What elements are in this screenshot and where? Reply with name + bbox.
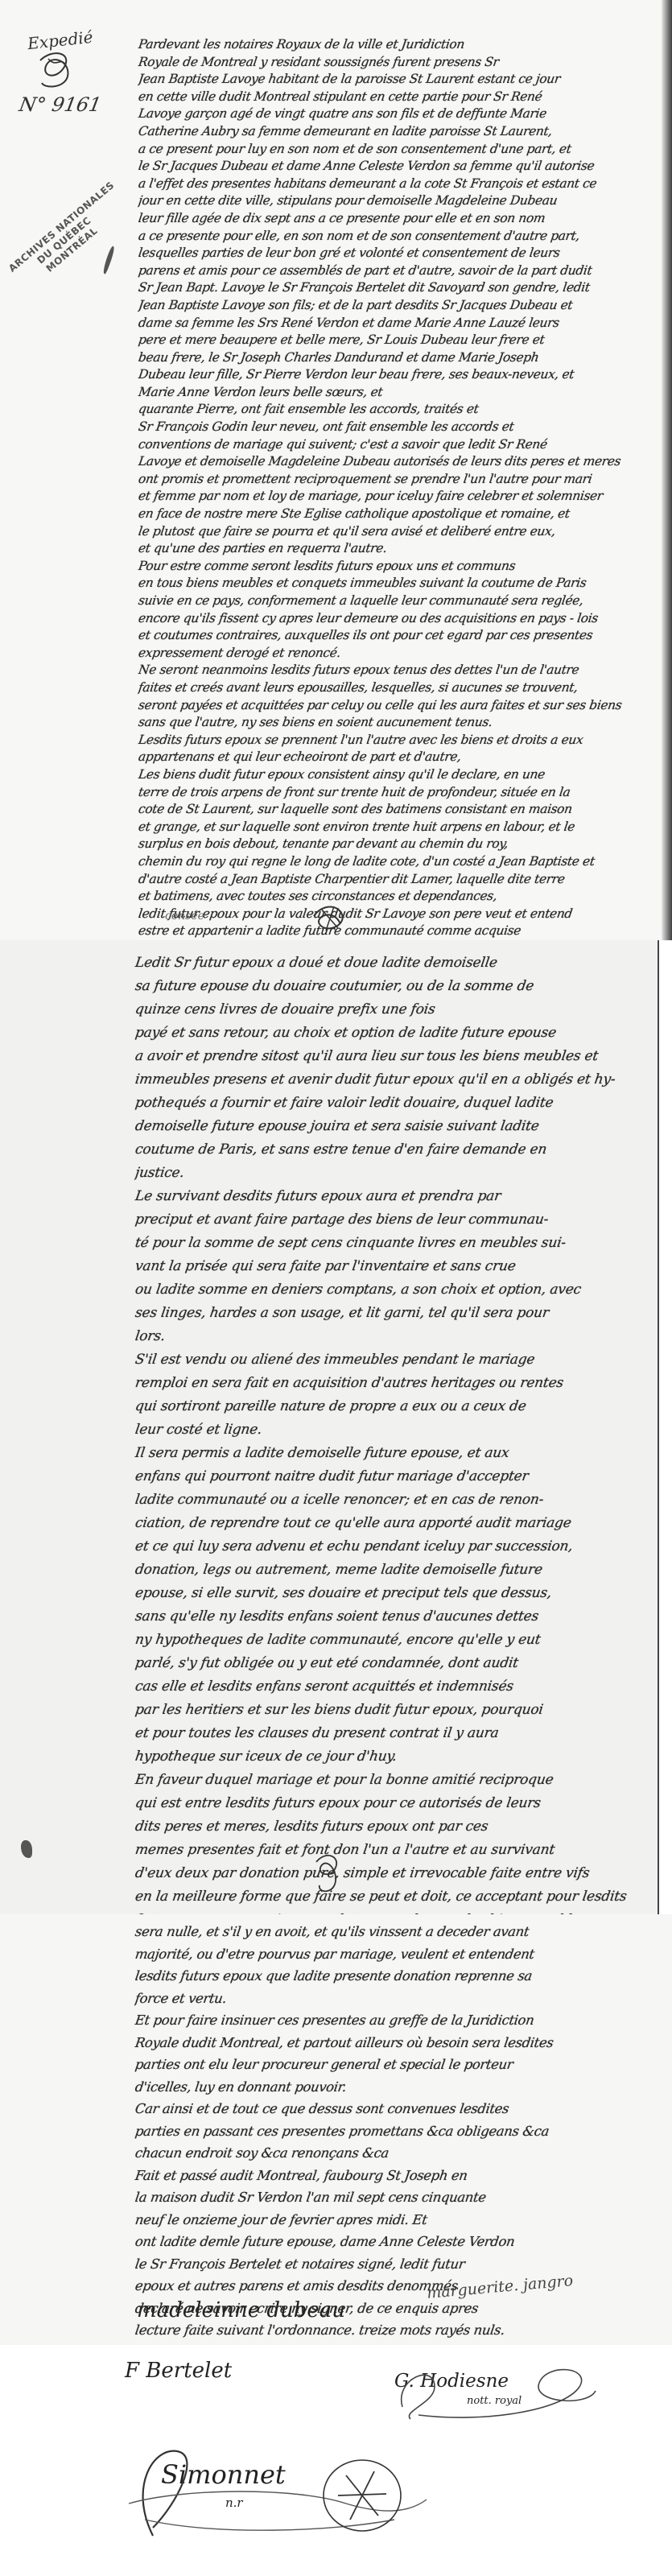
handwritten-line: ny hypotheques de ladite communauté, enc… [134, 1629, 641, 1652]
handwritten-line: pothequés a fournir et faire valoir ledi… [134, 1092, 641, 1115]
handwritten-line: encore qu'ils fissent cy apres leur deme… [137, 610, 657, 628]
handwritten-line: Jean Baptiste Lavoye son fils; et de la … [137, 297, 657, 315]
handwritten-line: enfans qui pourront naitre dudit futur m… [134, 1465, 641, 1488]
ink-blot-icon [101, 246, 116, 275]
handwritten-line: d'autre costé a Jean Baptiste Charpentie… [137, 871, 657, 889]
handwritten-line: chacun endroit soy &ca renonçans &ca [134, 2142, 641, 2165]
handwritten-line: la maison dudit Sr Verdon l'an mil sept … [134, 2186, 641, 2209]
page-edge [659, 940, 672, 1914]
handwritten-line: sa future epouse du douaire coutumier, o… [134, 975, 641, 998]
handwritten-line: parlé, s'y fut obligée ou y eut eté cond… [134, 1652, 641, 1675]
handwritten-line: majorité, ou d'etre pourvus par mariage,… [134, 1943, 641, 1966]
handwritten-line: a avoir et prendre sitost qu'il aura lie… [134, 1045, 641, 1068]
handwritten-line: Le survivant desdits futurs epoux aura e… [134, 1185, 641, 1208]
handwritten-line: Royale dudit Montreal, et partout ailleu… [134, 2032, 641, 2054]
handwritten-line: parties ont elu leur procureur general e… [134, 2054, 641, 2076]
scan-page-2: Ledit Sr futur epoux a doué et doue ladi… [0, 940, 672, 1914]
handwritten-line: Sr Jean Bapt. Lavoye le Sr François Bert… [137, 279, 657, 297]
handwritten-line: Sr François Godin leur neveu, ont fait e… [137, 419, 657, 436]
handwritten-line: a l'effet des presentes habitans demeura… [137, 175, 657, 193]
margin-note-censee: censée [165, 910, 204, 923]
handwritten-line: jour en cette dite ville, stipulans pour… [137, 192, 657, 210]
handwritten-line: payé et sans retour, au choix et option … [134, 1022, 641, 1045]
handwritten-line: en face de nostre mere Ste Eglise cathol… [137, 506, 657, 523]
handwritten-line: memes presentes fait et font don l'un a … [134, 1839, 641, 1862]
handwritten-line: qui est entre lesdits futurs epoux pour … [134, 1792, 641, 1815]
handwritten-line: cas elle et lesdits enfans seront acquit… [134, 1675, 641, 1699]
handwritten-line: cote de St Laurent, sur laquelle sont de… [137, 801, 657, 819]
signature-bride: madeleinne dubeau [137, 2298, 345, 2322]
handwritten-line: et grange, et sur laquelle sont environ … [137, 819, 657, 836]
handwritten-line: et femme par nom et loy de mariage, pour… [137, 488, 657, 506]
handwritten-line: sans qu'elle ny lesdits enfans soient te… [134, 1605, 641, 1629]
handwritten-line: leur costé et ligne. [134, 1418, 641, 1442]
archive-stamp: ARCHIVES NATIONALES DU QUÉBEC MONTRÉAL [6, 188, 122, 294]
handwritten-line: té pour la somme de sept cens cinquante … [134, 1232, 641, 1255]
handwritten-line: Jean Baptiste Lavoye habitant de la paro… [137, 71, 657, 89]
page-3-text: sera nulle, et s'il y en avoit, et qu'il… [135, 1921, 640, 2363]
handwritten-line: Ledit Sr futur epoux a doué et doue ladi… [134, 952, 641, 975]
handwritten-line: terre de trois arpens de front sur trent… [137, 784, 657, 802]
notary-flourish-icon [32, 44, 80, 93]
handwritten-line: force et vertu. [134, 1988, 641, 2010]
handwritten-line: quarante Pierre, ont fait ensemble les a… [137, 401, 657, 419]
scan-page-1: Expedié N° 9161 ARCHIVES NATIONALES DU Q… [0, 0, 672, 940]
handwritten-line: pere et mere beaupere et belle mere, Sr … [137, 332, 657, 349]
handwritten-line: faites et creés avant leurs epousailles,… [137, 679, 657, 697]
handwritten-line: a ce present pour luy en son nom et de s… [137, 141, 657, 159]
handwritten-line: qui sortiront pareille nature de propre … [134, 1395, 641, 1418]
handwritten-line: Lavoye garçon agé de vingt quatre ans so… [137, 105, 657, 123]
handwritten-line: Ne seront neanmoins lesdits futurs epoux… [137, 662, 657, 679]
handwritten-line: neuf le onzieme jour de fevrier apres mi… [134, 2209, 641, 2231]
handwritten-line: demoiselle future epouse jouira et sera … [134, 1115, 641, 1138]
handwritten-line: leur fille agée de dix sept ans a ce pre… [137, 210, 657, 228]
page-1-text: Pardevant les notaires Royaux de la vill… [138, 36, 656, 940]
handwritten-line: lecture faite suivant l'ordonnance. trei… [134, 2319, 641, 2342]
handwritten-line: parties en passant ces presentes promett… [134, 2120, 641, 2143]
handwritten-line: beau frere, le Sr Joseph Charles Dandura… [137, 349, 657, 367]
handwritten-line: preciput et avant faire partage des bien… [134, 1208, 641, 1232]
handwritten-line: Pardevant les notaires Royaux de la vill… [137, 36, 657, 54]
handwritten-line: en cette ville dudit Montreal stipulant … [137, 89, 657, 106]
handwritten-line: Les biens dudit futur epoux consistent a… [137, 766, 657, 784]
handwritten-line: expressement derogé et renoncé. [137, 645, 657, 663]
handwritten-line: et batimens, avec toutes ses circonstanc… [137, 888, 657, 906]
handwritten-line: par les heritiers et sur les biens dudit… [134, 1699, 641, 1722]
document-number: N° 9161 [18, 93, 104, 116]
handwritten-line: remploi en sera fait en acquisition d'au… [134, 1372, 641, 1395]
notary-flourish-icon [386, 2363, 612, 2427]
handwritten-line: ou ladite somme en deniers comptans, a s… [134, 1278, 641, 1302]
handwritten-line: Et pour faire insinuer ces presentes au … [134, 2009, 641, 2032]
handwritten-line: le Sr Jacques Dubeau et dame Anne Celest… [137, 158, 657, 175]
handwritten-line: chemin du roy qui regne le long de ladit… [137, 853, 657, 871]
paraph-icon [310, 1850, 346, 1898]
handwritten-line: a ce presente pour elle, en son nom et d… [137, 228, 657, 246]
notary-flourish-icon [121, 2439, 459, 2544]
handwritten-line: en tous biens meubles et conquets immeub… [137, 575, 657, 592]
handwritten-line: sans que l'autre, ny ses biens en soient… [137, 714, 657, 732]
handwritten-line: coutume de Paris, et sans estre tenue d'… [134, 1138, 641, 1162]
handwritten-line: ses linges, hardes a son usage, et lit g… [134, 1302, 641, 1325]
handwritten-line: conventions de mariage qui suivent; c'es… [137, 436, 657, 454]
handwritten-line: Pour estre comme seront lesdits futurs e… [137, 558, 657, 576]
signature-bertelet: F Bertelet [125, 2359, 232, 2383]
handwritten-line: En faveur duquel mariage et pour la bonn… [134, 1769, 641, 1792]
handwritten-line: S'il est vendu ou aliené des immeubles p… [134, 1348, 641, 1372]
page-2-text: Ledit Sr futur epoux a doué et doue ladi… [135, 952, 640, 1914]
handwritten-line: lesdits futurs epoux que ladite presente… [134, 1965, 641, 1988]
handwritten-line: Royale de Montreal y residant soussignés… [137, 54, 657, 72]
handwritten-line: Lavoye et demoiselle Magdeleine Dubeau a… [137, 453, 657, 471]
stamp-line: DU QUÉBEC [14, 197, 115, 284]
handwritten-line: et pour toutes les clauses du present co… [134, 1722, 641, 1745]
handwritten-line: Marie Anne Verdon leurs belle sœurs, et [137, 384, 657, 402]
handwritten-line: appartenans et qui leur echeoiront de pa… [137, 749, 657, 766]
handwritten-line: Fait et passé audit Montreal, faubourg S… [134, 2165, 641, 2187]
handwritten-line: futurs epoux respectivement de tous et c… [134, 1909, 641, 1914]
handwritten-line: Dubeau leur fille, Sr Pierre Verdon leur… [137, 366, 657, 384]
handwritten-line: en la meilleure forme que faire se peut … [134, 1885, 641, 1909]
handwritten-line: ledit futur epoux pour la valeur dudit S… [137, 906, 657, 923]
handwritten-line: quinze cens livres de douaire prefix une… [134, 998, 641, 1022]
handwritten-line: Catherine Aubry sa femme demeurant en la… [137, 123, 657, 141]
paraph-icon [310, 900, 350, 936]
ink-blot-icon [21, 1840, 32, 1858]
handwritten-line: justice. [134, 1162, 641, 1185]
handwritten-line: et coutumes contraires, auxquelles ils o… [137, 627, 657, 645]
handwritten-line: hypotheque sur iceux de ce jour d'huy. [134, 1745, 641, 1769]
handwritten-line: et ce qui luy sera advenu et echu pendan… [134, 1535, 641, 1558]
handwritten-line: donation, legs ou autrement, meme ladite… [134, 1558, 641, 1582]
handwritten-line: ladite communauté ou a icelle renoncer; … [134, 1488, 641, 1512]
handwritten-line: estre et appartenir a ladite future comm… [137, 923, 657, 940]
handwritten-line: Car ainsi et de tout ce que dessus sont … [134, 2098, 641, 2120]
handwritten-line: le plutost que faire se pourra et qu'il … [137, 523, 657, 541]
handwritten-line: ont promis et promettent reciproquement … [137, 471, 657, 489]
handwritten-line: suivie en ce pays, conformement a laquel… [137, 592, 657, 610]
handwritten-line: lors. [134, 1325, 641, 1348]
handwritten-line: d'icelles, luy en donnant pouvoir. [134, 2076, 641, 2099]
handwritten-line: ont ladite demle future epouse, dame Ann… [134, 2231, 641, 2253]
handwritten-line: seront payées et acquittées par celuy ou… [137, 697, 657, 715]
handwritten-line: d'eux deux par donation pure, simple et … [134, 1862, 641, 1885]
handwritten-line: vant la prisée qui sera faite par l'inve… [134, 1255, 641, 1278]
handwritten-line: Lesdits futurs epoux se prennent l'un l'… [137, 732, 657, 749]
handwritten-line: dits peres et meres, lesdits futurs epou… [134, 1815, 641, 1839]
handwritten-line: lesquelles parties de leur bon gré et vo… [137, 245, 657, 262]
handwritten-line: dame sa femme les Srs René Verdon et dam… [137, 315, 657, 332]
handwritten-line: et qu'une des parties en requerra l'autr… [137, 540, 657, 558]
handwritten-line: immeubles presens et avenir dudit futur … [134, 1068, 641, 1092]
handwritten-line: Il sera permis a ladite demoiselle futur… [134, 1442, 641, 1465]
handwritten-line: ciation, de reprendre tout ce qu'elle au… [134, 1512, 641, 1535]
handwritten-line: surplus en bois debout, tenante par deva… [137, 836, 657, 853]
handwritten-line: parens et amis pour ce assemblés de part… [137, 262, 657, 280]
handwritten-line: epouse, si elle survit, ses douaire et p… [134, 1582, 641, 1605]
handwritten-line: sera nulle, et s'il y en avoit, et qu'il… [134, 1921, 641, 1943]
